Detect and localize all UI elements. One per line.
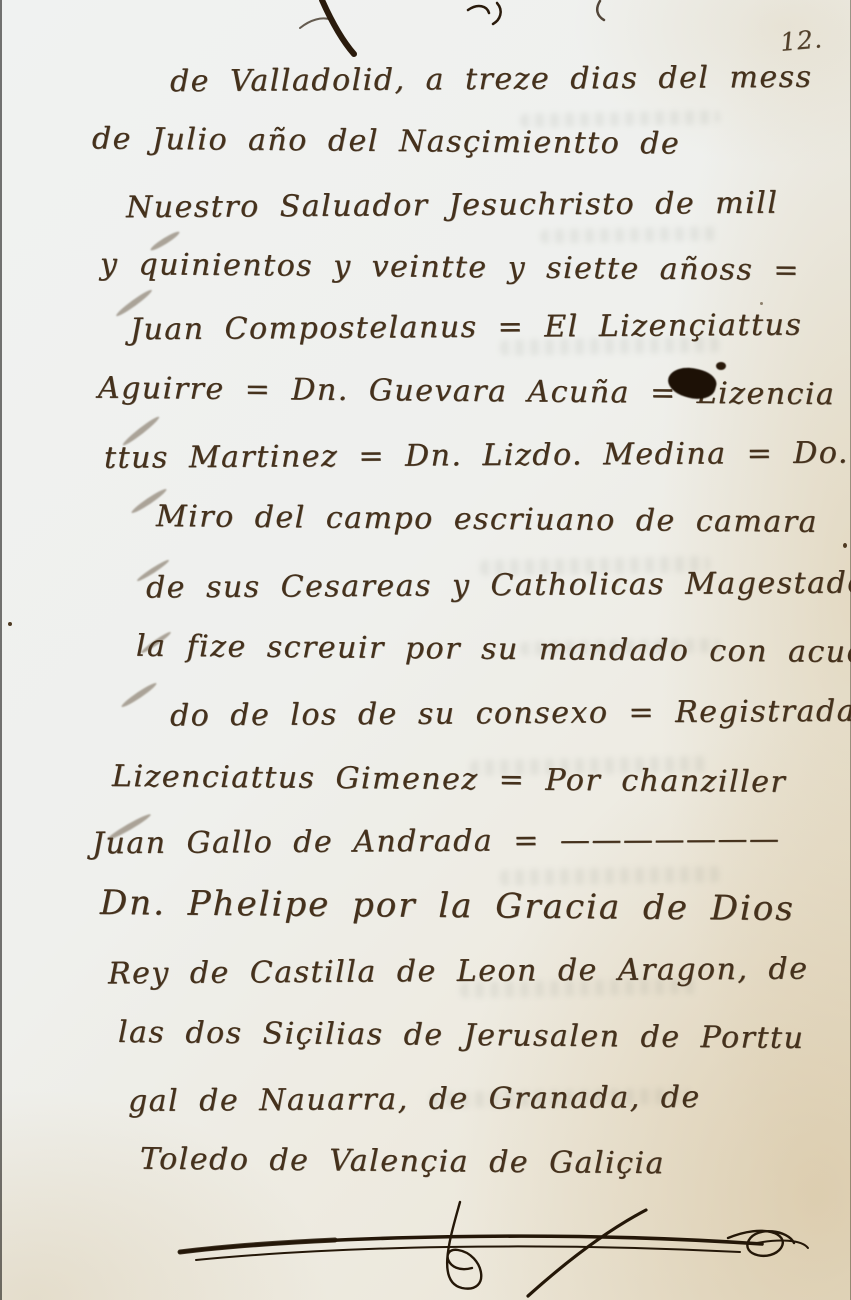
paper-speck [843, 543, 847, 548]
paper-speck [760, 302, 763, 305]
manuscript-line: Lizenciattus Gimenez = Por chanziller [112, 759, 787, 800]
paper-speck [8, 622, 12, 626]
ink-bleedthrough-stroke [120, 681, 158, 709]
manuscript-scan-page: 12. de Valladolid, a treze dias del mess… [0, 0, 851, 1300]
show-through-mark [540, 226, 720, 243]
scan-edge-left [0, 0, 2, 1300]
manuscript-line: Juan Gallo de Andrada = ——————— [92, 822, 781, 862]
manuscript-line: Nuestro Saluador Jesuchristo de mill [126, 186, 779, 226]
manuscript-line: Juan Compostelanus = El Lizençiattus [130, 308, 803, 348]
manuscript-line: de Valladolid, a treze dias del mess [170, 60, 813, 99]
manuscript-line: ttus Martinez = Dn. Lizdo. Medina = Do. … [104, 435, 851, 476]
manuscript-line: Aguirre = Dn. Guevara Acuña = Lizencia [98, 371, 836, 412]
show-through-mark [500, 866, 720, 886]
manuscript-line: Miro del campo escriuano de camara [156, 499, 818, 540]
manuscript-line: la fize screuir por su mandado con acuer [136, 629, 851, 671]
manuscript-line: Rey de Castilla de Leon de Aragon, de [108, 952, 809, 992]
manuscript-line: Toledo de Valençia de Galiçia [140, 1142, 665, 1182]
manuscript-line: y quinientos y veintte y siette añoss = [100, 247, 800, 288]
manuscript-line: gal de Nauarra, de Granada, de [128, 1080, 701, 1119]
manuscript-line: las dos Siçilias de Jerusalen de Porttu [118, 1015, 805, 1056]
rubric-flourish-icon [140, 1190, 820, 1300]
ink-blot [716, 362, 726, 370]
top-stroke-fragments-icon [0, 0, 851, 62]
manuscript-line: Dn. Phelipe por la Gracia de Dios [100, 883, 795, 929]
folio-number: 12. [779, 24, 824, 57]
manuscript-line: de Julio año del Nasçimientto de [92, 121, 681, 161]
manuscript-line: de sus Cesareas y Catholicas Magestades [146, 565, 851, 605]
manuscript-line: do de los de su consexo = Registrada la [170, 693, 851, 733]
